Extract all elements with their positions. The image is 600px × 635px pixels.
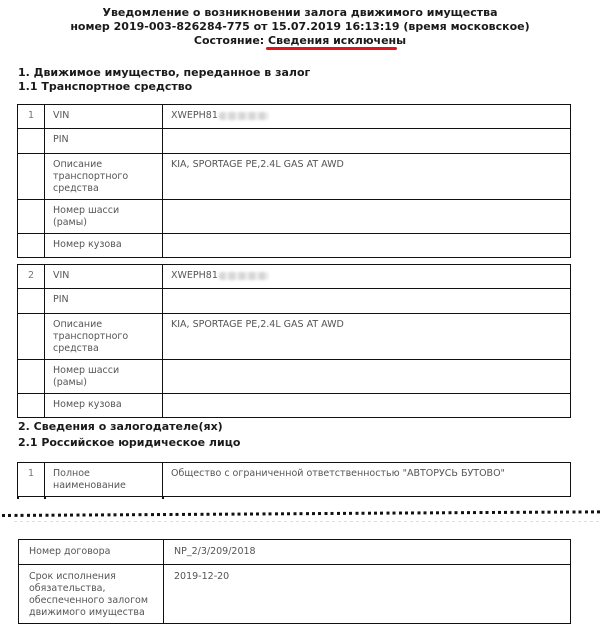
row-number <box>18 154 45 200</box>
notice-header: Уведомление о возникновении залога движи… <box>0 6 600 48</box>
chassis-value <box>163 200 571 234</box>
notice-status: Состояние: Сведения исключены <box>0 34 600 48</box>
body-number-value <box>163 234 571 258</box>
chassis-value <box>163 360 571 394</box>
table-row: Номер договора NP_2/3/209/2018 <box>19 540 571 565</box>
table-row: 2 VIN XWEPH81 <box>18 265 571 289</box>
field-label: PIN <box>45 129 163 154</box>
table-row: Номер шасси (рамы) <box>18 360 571 394</box>
section-2-1-title: 2.1 Российское юридическое лицо <box>18 436 240 450</box>
table-row: Описание транспортного средства KIA, SPO… <box>18 154 571 200</box>
contract-table: Номер договора NP_2/3/209/2018 Срок испо… <box>18 539 571 624</box>
vin-value: XWEPH81 <box>163 265 571 289</box>
field-label: Описание транспортного средства <box>45 154 163 200</box>
row-number: 1 <box>18 463 45 497</box>
vin-text: XWEPH81 <box>171 110 218 121</box>
pin-value <box>163 289 571 314</box>
redacted-blur <box>219 112 269 120</box>
description-value: KIA, SPORTAGE PE,2.4L GAS AT AWD <box>163 154 571 200</box>
pledgor-table: 1 Полное наименование Общество с огранич… <box>17 462 571 497</box>
full-name-value: Общество с ограниченной ответственностью… <box>163 463 571 497</box>
vehicle-table-1: 1 VIN XWEPH81 PIN Описание транспортного… <box>17 104 571 258</box>
vehicle-table-2: 2 VIN XWEPH81 PIN Описание транспортного… <box>17 264 571 418</box>
field-label: Номер кузова <box>45 394 163 418</box>
torn-edge-stubs <box>17 496 571 499</box>
vin-value: XWEPH81 <box>163 105 571 129</box>
row-number <box>18 129 45 154</box>
contract-number-value: NP_2/3/209/2018 <box>164 540 571 565</box>
row-number: 2 <box>18 265 45 289</box>
row-number <box>18 289 45 314</box>
table-row: Номер шасси (рамы) <box>18 200 571 234</box>
row-number <box>18 314 45 360</box>
obligation-term-value: 2019-12-20 <box>164 565 571 624</box>
field-label: VIN <box>45 105 163 129</box>
description-value: KIA, SPORTAGE PE,2.4L GAS AT AWD <box>163 314 571 360</box>
section-1-title: 1. Движимое имущество, переданное в зало… <box>18 66 310 80</box>
table-row: Срок исполнения обязательства, обеспечен… <box>19 565 571 624</box>
notice-number: номер 2019-003-826284-775 от 15.07.2019 … <box>0 20 600 34</box>
vin-text: XWEPH81 <box>171 270 218 281</box>
field-label: Полное наименование <box>45 463 163 497</box>
table-row: PIN <box>18 289 571 314</box>
field-label: VIN <box>45 265 163 289</box>
section-2-title: 2. Сведения о залогодателе(ях) <box>18 420 223 434</box>
row-number: 1 <box>18 105 45 129</box>
status-highlight-underline <box>266 47 397 50</box>
table-row: PIN <box>18 129 571 154</box>
row-number <box>18 360 45 394</box>
table-row: Номер кузова <box>18 234 571 258</box>
field-label: Номер кузова <box>45 234 163 258</box>
row-number <box>18 234 45 258</box>
table-row: Описание транспортного средства KIA, SPO… <box>18 314 571 360</box>
body-number-value <box>163 394 571 418</box>
field-label: Срок исполнения обязательства, обеспечен… <box>19 565 164 624</box>
notice-title: Уведомление о возникновении залога движи… <box>0 6 600 20</box>
field-label: Номер договора <box>19 540 164 565</box>
table-row: Номер кузова <box>18 394 571 418</box>
field-label: Номер шасси (рамы) <box>45 360 163 394</box>
field-label: PIN <box>45 289 163 314</box>
field-label: Описание транспортного средства <box>45 314 163 360</box>
status-value: Сведения исключены <box>268 34 406 47</box>
cut-separator-dotted-line <box>2 510 600 517</box>
row-number <box>18 200 45 234</box>
section-1-1-title: 1.1 Транспортное средство <box>18 80 192 94</box>
status-label: Состояние: <box>194 34 268 47</box>
field-label: Номер шасси (рамы) <box>45 200 163 234</box>
pin-value <box>163 129 571 154</box>
table-row: 1 VIN XWEPH81 <box>18 105 571 129</box>
redacted-blur <box>219 272 269 280</box>
faint-dashed-line <box>14 521 600 522</box>
table-row: 1 Полное наименование Общество с огранич… <box>18 463 571 497</box>
row-number <box>18 394 45 418</box>
